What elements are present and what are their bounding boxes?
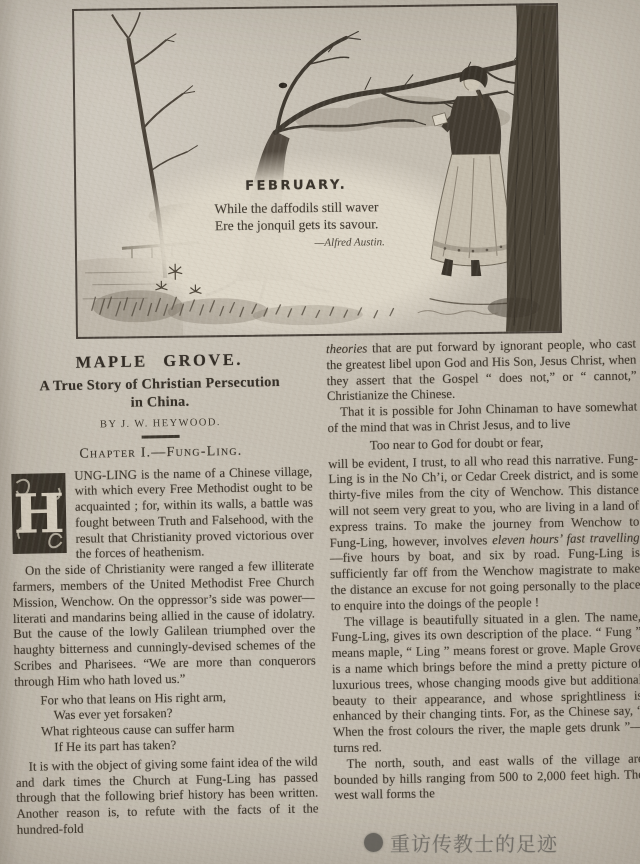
watermark: 重访传教士的足迹 [364,828,558,857]
hymn-line: If He its part has taken? [54,735,317,756]
paragraph: On the side of Christianity were ranged … [12,559,316,691]
paragraph: That it is possible for John Chinaman to… [327,400,638,437]
february-illustration-frame: FEBRUARY. While the daffodils still wave… [72,3,562,339]
paragraph-text: that are put forward by ignorant people,… [326,336,636,403]
article-subtitle: A True Story of Christian Persecution in… [9,373,312,414]
drop-cap-letter: H [13,480,65,545]
paragraph-text: UNG-LING is the name of a Chinese villag… [74,464,313,561]
caption-verse: While the daffodils still waver Ere the … [94,198,498,236]
article-byline: BY J. W. HEYWOOD. [9,415,311,432]
right-column: theories that are put forward by ignoran… [326,336,640,832]
paragraph: It is with the object of giving some fai… [16,754,319,839]
watermark-text: 重访传教士的足迹 [390,828,558,857]
italic-text: theories [326,341,367,356]
italic-text: eleven hours’ fast travelling [492,530,640,547]
chapter-heading: Chapter I.—Fung-Ling. [10,442,312,464]
illustration-caption: FEBRUARY. While the daffodils still wave… [94,176,499,252]
bird-icon [279,83,287,89]
article-title: MAPLE GROVE. [8,348,310,374]
article-columns: MAPLE GROVE. A True Story of Christian P… [8,336,640,838]
caption-verse-line: Ere the jonquil gets its savour. [95,214,499,235]
february-illustration-drawing [74,5,560,337]
drop-cap: H [10,471,67,554]
watermark-logo-icon [364,833,383,852]
left-column: MAPLE GROVE. A True Story of Christian P… [8,342,319,838]
paragraph: The village is beautifully situated in a… [331,609,640,757]
paragraph: H UNG-LING is the name of a Chinese vill… [10,464,314,564]
paragraph: The north, south, and east walls of the … [334,751,640,804]
title-rule [142,435,180,438]
paragraph: theories that are put forward by ignoran… [326,336,637,405]
paragraph: will be evident, I trust, to all who rea… [328,451,640,615]
paragraph-text: —five hours by boat, and six by road. Fu… [330,546,640,613]
hymn-verse: For who that leans on His right arm, Was… [40,688,317,756]
